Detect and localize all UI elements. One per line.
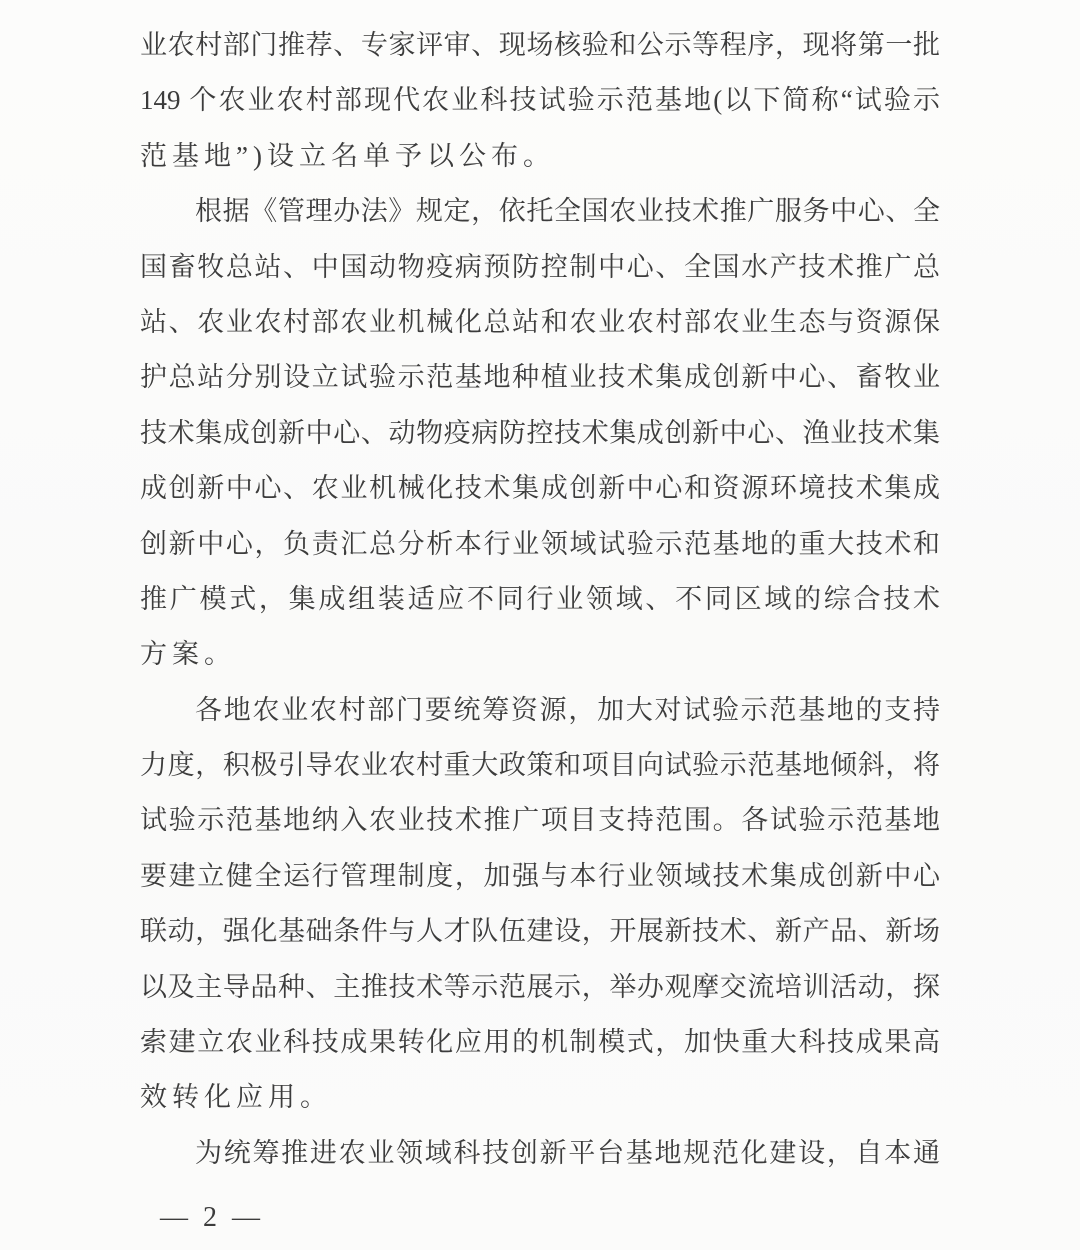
text-line: 149 个农业农村部现代农业科技试验示范基地(以下简称“试验示 bbox=[140, 73, 940, 128]
text-line: 技术集成创新中心、动物疫病防控技术集成创新中心、渔业技术集 bbox=[140, 406, 940, 461]
text-line: 各地农业农村部门要统筹资源，加大对试验示范基地的支持 bbox=[140, 683, 940, 738]
text-line: 国畜牧总站、中国动物疫病预防控制中心、全国水产技术推广总 bbox=[140, 240, 940, 295]
text-line: 为统筹推进农业领域科技创新平台基地规范化建设，自本通 bbox=[140, 1126, 940, 1181]
text-line: 成创新中心、农业机械化技术集成创新中心和资源环境技术集成 bbox=[140, 461, 940, 516]
text-line: 护总站分别设立试验示范基地种植业技术集成创新中心、畜牧业 bbox=[140, 350, 940, 405]
text-line: 根据《管理办法》规定，依托全国农业技术推广服务中心、全 bbox=[140, 184, 940, 239]
text-line: 方案。 bbox=[140, 627, 940, 682]
text-line: 推广模式，集成组装适应不同行业领域、不同区域的综合技术 bbox=[140, 572, 940, 627]
document-page: 业农村部门推荐、专家评审、现场核验和公示等程序，现将第一批 149 个农业农村部… bbox=[0, 0, 1080, 1250]
text-line: 站、农业农村部农业机械化总站和农业农村部农业生态与资源保 bbox=[140, 295, 940, 350]
text-line: 试验示范基地纳入农业技术推广项目支持范围。各试验示范基地 bbox=[140, 793, 940, 848]
page-number: — 2 — bbox=[160, 1198, 264, 1238]
text-line: 要建立健全运行管理制度，加强与本行业领域技术集成创新中心 bbox=[140, 849, 940, 904]
text-line: 创新中心，负责汇总分析本行业领域试验示范基地的重大技术和 bbox=[140, 517, 940, 572]
text-line: 效转化应用。 bbox=[140, 1070, 940, 1125]
text-line: 力度，积极引导农业农村重大政策和项目向试验示范基地倾斜，将 bbox=[140, 738, 940, 793]
text-line: 联动，强化基础条件与人才队伍建设，开展新技术、新产品、新场景 bbox=[140, 904, 940, 959]
text-line: 业农村部门推荐、专家评审、现场核验和公示等程序，现将第一批 bbox=[140, 18, 940, 73]
text-line: 范基地”)设立名单予以公布。 bbox=[140, 129, 940, 184]
document-body: 业农村部门推荐、专家评审、现场核验和公示等程序，现将第一批 149 个农业农村部… bbox=[140, 18, 940, 1181]
text-line: 索建立农业科技成果转化应用的机制模式，加快重大科技成果高 bbox=[140, 1015, 940, 1070]
text-line: 以及主导品种、主推技术等示范展示，举办观摩交流培训活动，探 bbox=[140, 960, 940, 1015]
